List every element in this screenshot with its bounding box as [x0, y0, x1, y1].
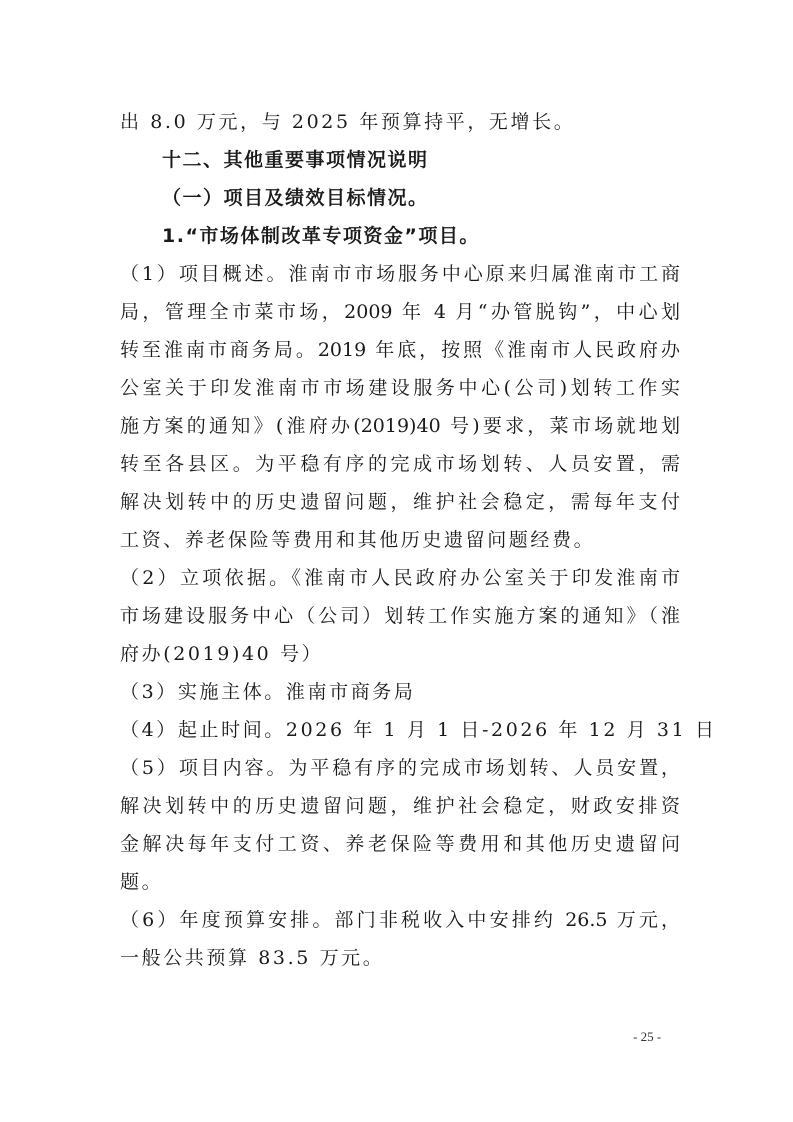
document-page: 出 8.0 万元，与 2025 年预算持平，无增长。 十二、其他重要事项情况说明…: [0, 0, 793, 1122]
text-line-budget-continuation: 出 8.0 万元，与 2025 年预算持平，无增长。: [120, 110, 680, 134]
paragraph-content-line-2: 解决划转中的历史遗留问题，维护社会稳定，财政安排资: [120, 794, 680, 818]
paragraph-overview-line-3: 转至淮南市商务局。2019 年底，按照《淮南市人民政府办: [120, 338, 680, 362]
paragraph-overview-line-8: 工资、养老保险等费用和其他历史遗留问题经费。: [120, 528, 680, 552]
paragraph-overview-line-5: 施方案的通知》(淮府办(2019)40 号)要求，菜市场就地划: [120, 414, 680, 438]
paragraph-period: （4）起止时间。2026 年 1 月 1 日-2026 年 12 月 31 日: [120, 718, 680, 742]
paragraph-basis-line-1: （2）立项依据。《淮南市人民政府办公室关于印发淮南市: [120, 566, 680, 590]
paragraph-basis-line-3: 府办(2019)40 号）: [120, 642, 680, 666]
paragraph-overview-line-7: 解决划转中的历史遗留问题，维护社会稳定，需每年支付: [120, 490, 680, 514]
item-heading-market-reform-fund: 1.“市场体制改革专项资金”项目。: [162, 224, 722, 248]
paragraph-overview-line-1: （1）项目概述。淮南市市场服务中心原来归属淮南市工商: [120, 262, 680, 286]
paragraph-overview-line-4: 公室关于印发淮南市市场建设服务中心(公司)划转工作实: [120, 376, 680, 400]
paragraph-basis-line-2: 市场建设服务中心（公司）划转工作实施方案的通知》（淮: [120, 604, 680, 628]
paragraph-content-line-1: （5）项目内容。为平稳有序的完成市场划转、人员安置，: [120, 756, 680, 780]
paragraph-content-line-4: 题。: [120, 870, 680, 894]
paragraph-budget-line-1: （6）年度预算安排。部门非税收入中安排约 26.5 万元，: [120, 908, 680, 932]
paragraph-overview-line-2: 局，管理全市菜市场，2009 年 4 月“办管脱钩”，中心划: [120, 300, 680, 324]
paragraph-overview-line-6: 转至各县区。为平稳有序的完成市场划转、人员安置，需: [120, 452, 680, 476]
section-heading-other-matters: 十二、其他重要事项情况说明: [162, 148, 722, 172]
paragraph-implementer: （3）实施主体。淮南市商务局: [120, 680, 680, 704]
paragraph-content-line-3: 金解决每年支付工资、养老保险等费用和其他历史遗留问: [120, 832, 680, 856]
subsection-heading-project-goals: （一）项目及绩效目标情况。: [162, 186, 722, 210]
page-number: - 25 -: [633, 1029, 661, 1045]
paragraph-budget-line-2: 一般公共预算 83.5 万元。: [120, 946, 680, 970]
